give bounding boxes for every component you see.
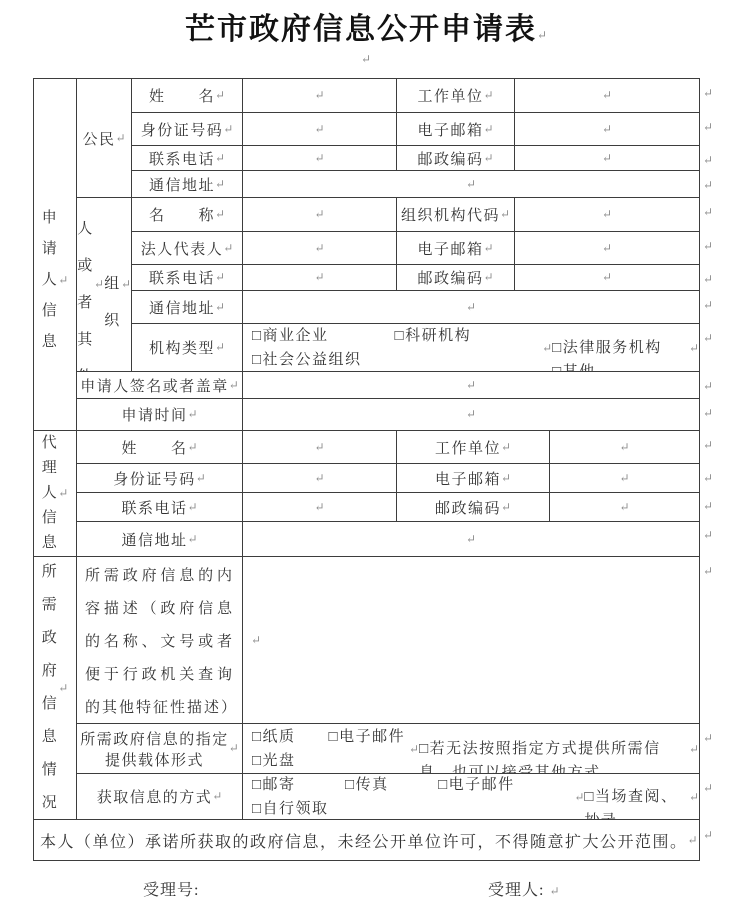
citizen-work-unit-value[interactable]: ↵ — [515, 79, 699, 113]
return-mark: ↵ — [483, 270, 493, 285]
citizen-work-unit-label: 工作单位↵ — [397, 79, 515, 113]
return-mark: ↵ — [602, 151, 612, 166]
org-phone-label: 联系电话↵ — [132, 265, 243, 291]
return-mark: ↵ — [187, 532, 197, 547]
return-mark: ↵ — [537, 28, 547, 42]
agent-address-value[interactable]: ↵ — [243, 522, 699, 557]
row-end-mark: ↵ — [703, 781, 713, 796]
return-mark: ↵ — [483, 88, 493, 103]
citizen-group-label: 公民↵ — [77, 79, 132, 198]
return-mark: ↵ — [542, 336, 552, 360]
agent-id-label: 身份证号码↵ — [77, 464, 243, 493]
return-mark: ↵ — [115, 131, 125, 146]
org-type-label: 机构类型↵ — [132, 324, 243, 372]
return-mark: ↵ — [314, 207, 324, 222]
required-info-section-label: 所需政府信息情况↵ — [34, 557, 77, 820]
row-end-mark: ↵ — [703, 120, 713, 135]
applicant-signature-label: 申请人签名或者盖章↵ — [77, 372, 243, 399]
org-code-label: 组织机构代码↵ — [397, 198, 515, 232]
return-mark: ↵ — [619, 500, 629, 515]
required-info-section: 所需政府信息情况↵ 所需政府信息的内容描述（政府信息的名称、文号或者便于行政机关… — [34, 557, 699, 820]
return-mark: ↵ — [466, 378, 476, 393]
agent-postcode-label: 邮政编码↵ — [397, 493, 550, 522]
return-mark: ↵ — [187, 407, 197, 422]
return-mark: ↵ — [215, 88, 225, 103]
return-mark: ↵ — [483, 122, 493, 137]
org-address-value[interactable]: ↵ — [243, 291, 699, 324]
return-mark: ↵ — [314, 151, 324, 166]
carrier-form-checkbox-options[interactable]: □纸质 □电子邮件 □光盘↵□若无法按照指定方式提供所需信息，也可以接受其他方式… — [243, 724, 699, 774]
return-mark: ↵ — [500, 207, 510, 222]
return-mark: ↵ — [212, 789, 222, 804]
legal-rep-value[interactable]: ↵ — [243, 232, 397, 265]
legal-rep-label: 法人代表人↵ — [132, 232, 243, 265]
obtain-method-label: 获取信息的方式↵ — [77, 774, 243, 820]
case-number-label: 受理号: — [143, 877, 199, 900]
return-mark: ↵ — [251, 633, 261, 648]
return-mark: ↵ — [215, 207, 225, 222]
commitment-note: 本人（单位）承诺所获取的政府信息，未经公开单位许可，不得随意扩大公开范围。↵ — [34, 820, 699, 860]
return-mark: ↵ — [602, 270, 612, 285]
return-mark: ↵ — [501, 440, 511, 455]
citizen-postcode-label: 邮政编码↵ — [397, 146, 515, 171]
citizen-phone-label: 联系电话↵ — [132, 146, 243, 171]
return-mark: ↵ — [483, 151, 493, 166]
return-mark: ↵ — [314, 471, 324, 486]
return-mark: ↵ — [215, 151, 225, 166]
row-end-mark: ↵ — [703, 438, 713, 453]
return-mark: ↵ — [229, 741, 239, 756]
return-mark: ↵ — [223, 122, 233, 137]
row-end-mark: ↵ — [703, 298, 713, 313]
citizen-id-label: 身份证号码↵ — [132, 113, 243, 146]
return-mark: ↵ — [689, 785, 699, 809]
return-mark: ↵ — [215, 340, 225, 355]
row-end-mark: ↵ — [703, 528, 713, 543]
citizen-address-value[interactable]: ↵ — [243, 171, 699, 198]
org-type-checkbox-options[interactable]: □商业企业 □科研机构 □社会公益组织↵□法律服务机构 □其他↵ — [243, 324, 699, 372]
return-mark: ↵ — [229, 378, 239, 393]
citizen-name-label: 姓 名↵ — [132, 79, 243, 113]
agent-info-section: 代理人信息↵ 姓 名↵ ↵ 工作单位↵ ↵ 身份证号码↵ ↵ 电子邮箱↵ ↵ 联… — [34, 431, 699, 557]
return-mark: ↵ — [688, 833, 698, 848]
citizen-email-label: 电子邮箱↵ — [397, 113, 515, 146]
agent-id-value[interactable]: ↵ — [243, 464, 397, 493]
return-mark: ↵ — [215, 177, 225, 192]
organization-group-label: 法人或者其他↵组织↵ — [77, 198, 132, 372]
info-description-value[interactable]: ↵ — [243, 557, 699, 724]
agent-phone-label: 联系电话↵ — [77, 493, 243, 522]
return-mark: ↵ — [466, 177, 476, 192]
row-end-mark: ↵ — [703, 379, 713, 394]
org-postcode-label: 邮政编码↵ — [397, 265, 515, 291]
applicant-info-section-label: 申请人信息↵ — [34, 79, 77, 431]
return-mark: ↵ — [314, 440, 324, 455]
return-mark: ↵ — [314, 241, 324, 256]
return-mark: ↵ — [215, 270, 225, 285]
agent-name-label: 姓 名↵ — [77, 431, 243, 464]
org-email-label: 电子邮箱↵ — [397, 232, 515, 265]
return-mark: ↵ — [689, 737, 699, 761]
return-mark: ↵ — [466, 532, 476, 547]
return-mark: ↵ — [501, 500, 511, 515]
agent-postcode-value[interactable]: ↵ — [550, 493, 699, 522]
row-end-mark: ↵ — [703, 86, 713, 101]
row-end-mark: ↵ — [703, 564, 713, 579]
citizen-email-value[interactable]: ↵ — [515, 113, 699, 146]
agent-name-value[interactable]: ↵ — [243, 431, 397, 464]
return-mark: ↵ — [314, 88, 324, 103]
return-mark: ↵ — [314, 270, 324, 285]
return-mark: ↵ — [602, 241, 612, 256]
return-mark: ↵ — [602, 122, 612, 137]
citizen-postcode-value[interactable]: ↵ — [515, 146, 699, 171]
org-code-value[interactable]: ↵ — [515, 198, 699, 232]
commitment-section: 本人（单位）承诺所获取的政府信息，未经公开单位许可，不得随意扩大公开范围。↵ — [34, 820, 699, 860]
agent-email-label: 电子邮箱↵ — [397, 464, 550, 493]
applicant-info-section: 申请人信息↵ 公民↵ 姓 名↵ ↵ 工作单位↵ ↵ 身份证号码↵ ↵ 电子邮箱↵… — [34, 79, 699, 431]
org-address-label: 通信地址↵ — [132, 291, 243, 324]
org-name-label: 名 称↵ — [132, 198, 243, 232]
return-mark: ↵ — [314, 500, 324, 515]
apply-time-value[interactable]: ↵ — [243, 399, 699, 431]
agent-work-unit-label: 工作单位↵ — [397, 431, 550, 464]
citizen-name-value[interactable]: ↵ — [243, 79, 397, 113]
return-mark: ↵ — [602, 207, 612, 222]
return-mark: ↵ — [466, 407, 476, 422]
info-description-label: 所需政府信息的内容描述（政府信息的名称、文号或者便于行政机关查询的其他特征性描述… — [77, 557, 243, 724]
org-phone-value[interactable]: ↵ — [243, 265, 397, 291]
empty-paragraph-mark: ↵ — [0, 50, 732, 68]
obtain-method-checkbox-options[interactable]: □邮寄 □传真 □电子邮件 □自行领取↵□当场查阅、抄录↵ — [243, 774, 699, 820]
citizen-id-value[interactable]: ↵ — [243, 113, 397, 146]
row-end-mark: ↵ — [703, 239, 713, 254]
citizen-address-label: 通信地址↵ — [132, 171, 243, 198]
agent-address-label: 通信地址↵ — [77, 522, 243, 557]
agent-email-value[interactable]: ↵ — [550, 464, 699, 493]
application-form-table: 申请人信息↵ 公民↵ 姓 名↵ ↵ 工作单位↵ ↵ 身份证号码↵ ↵ 电子邮箱↵… — [33, 78, 700, 861]
applicant-signature-value[interactable]: ↵ — [243, 372, 699, 399]
return-mark: ↵ — [121, 266, 131, 303]
return-mark: ↵ — [187, 500, 197, 515]
citizen-phone-value[interactable]: ↵ — [243, 146, 397, 171]
row-end-mark: ↵ — [703, 205, 713, 220]
org-name-value[interactable]: ↵ — [243, 198, 397, 232]
row-end-mark: ↵ — [703, 331, 713, 346]
return-mark: ↵ — [602, 88, 612, 103]
return-mark: ↵ — [619, 471, 629, 486]
return-mark: ↵ — [58, 672, 68, 705]
return-mark: ↵ — [501, 471, 511, 486]
form-title: 芒市政府信息公开申请表↵ — [0, 4, 732, 48]
return-mark: ↵ — [549, 884, 559, 898]
return-mark: ↵ — [466, 300, 476, 315]
return-mark: ↵ — [58, 265, 68, 296]
return-mark: ↵ — [58, 481, 68, 506]
return-mark: ↵ — [196, 471, 206, 486]
agent-work-unit-value[interactable]: ↵ — [550, 431, 699, 464]
row-end-mark: ↵ — [703, 471, 713, 486]
return-mark: ↵ — [409, 737, 419, 761]
acceptor-label: 受理人: ↵ — [488, 877, 560, 900]
return-mark: ↵ — [223, 241, 233, 256]
form-document-page: 芒市政府信息公开申请表↵ ↵ 申请人信息↵ 公民↵ 姓 名↵ ↵ 工作单位↵ ↵… — [0, 0, 732, 903]
row-end-mark: ↵ — [703, 731, 713, 746]
carrier-form-label: 所需政府信息的指定提供载体形式↵ — [77, 724, 243, 774]
org-email-value[interactable]: ↵ — [515, 232, 699, 265]
return-mark: ↵ — [483, 241, 493, 256]
row-end-mark: ↵ — [703, 272, 713, 287]
row-end-mark: ↵ — [703, 178, 713, 193]
return-mark: ↵ — [619, 440, 629, 455]
return-mark: ↵ — [187, 440, 197, 455]
return-mark: ↵ — [94, 266, 104, 303]
return-mark: ↵ — [361, 52, 371, 66]
return-mark: ↵ — [574, 785, 584, 809]
row-end-mark: ↵ — [703, 406, 713, 421]
agent-phone-value[interactable]: ↵ — [243, 493, 397, 522]
return-mark: ↵ — [314, 122, 324, 137]
row-end-mark: ↵ — [703, 499, 713, 514]
return-mark: ↵ — [689, 336, 699, 360]
agent-info-section-label: 代理人信息↵ — [34, 431, 77, 557]
row-end-mark: ↵ — [703, 153, 713, 168]
return-mark: ↵ — [215, 300, 225, 315]
row-end-mark: ↵ — [703, 828, 713, 843]
apply-time-label: 申请时间↵ — [77, 399, 243, 431]
org-postcode-value[interactable]: ↵ — [515, 265, 699, 291]
